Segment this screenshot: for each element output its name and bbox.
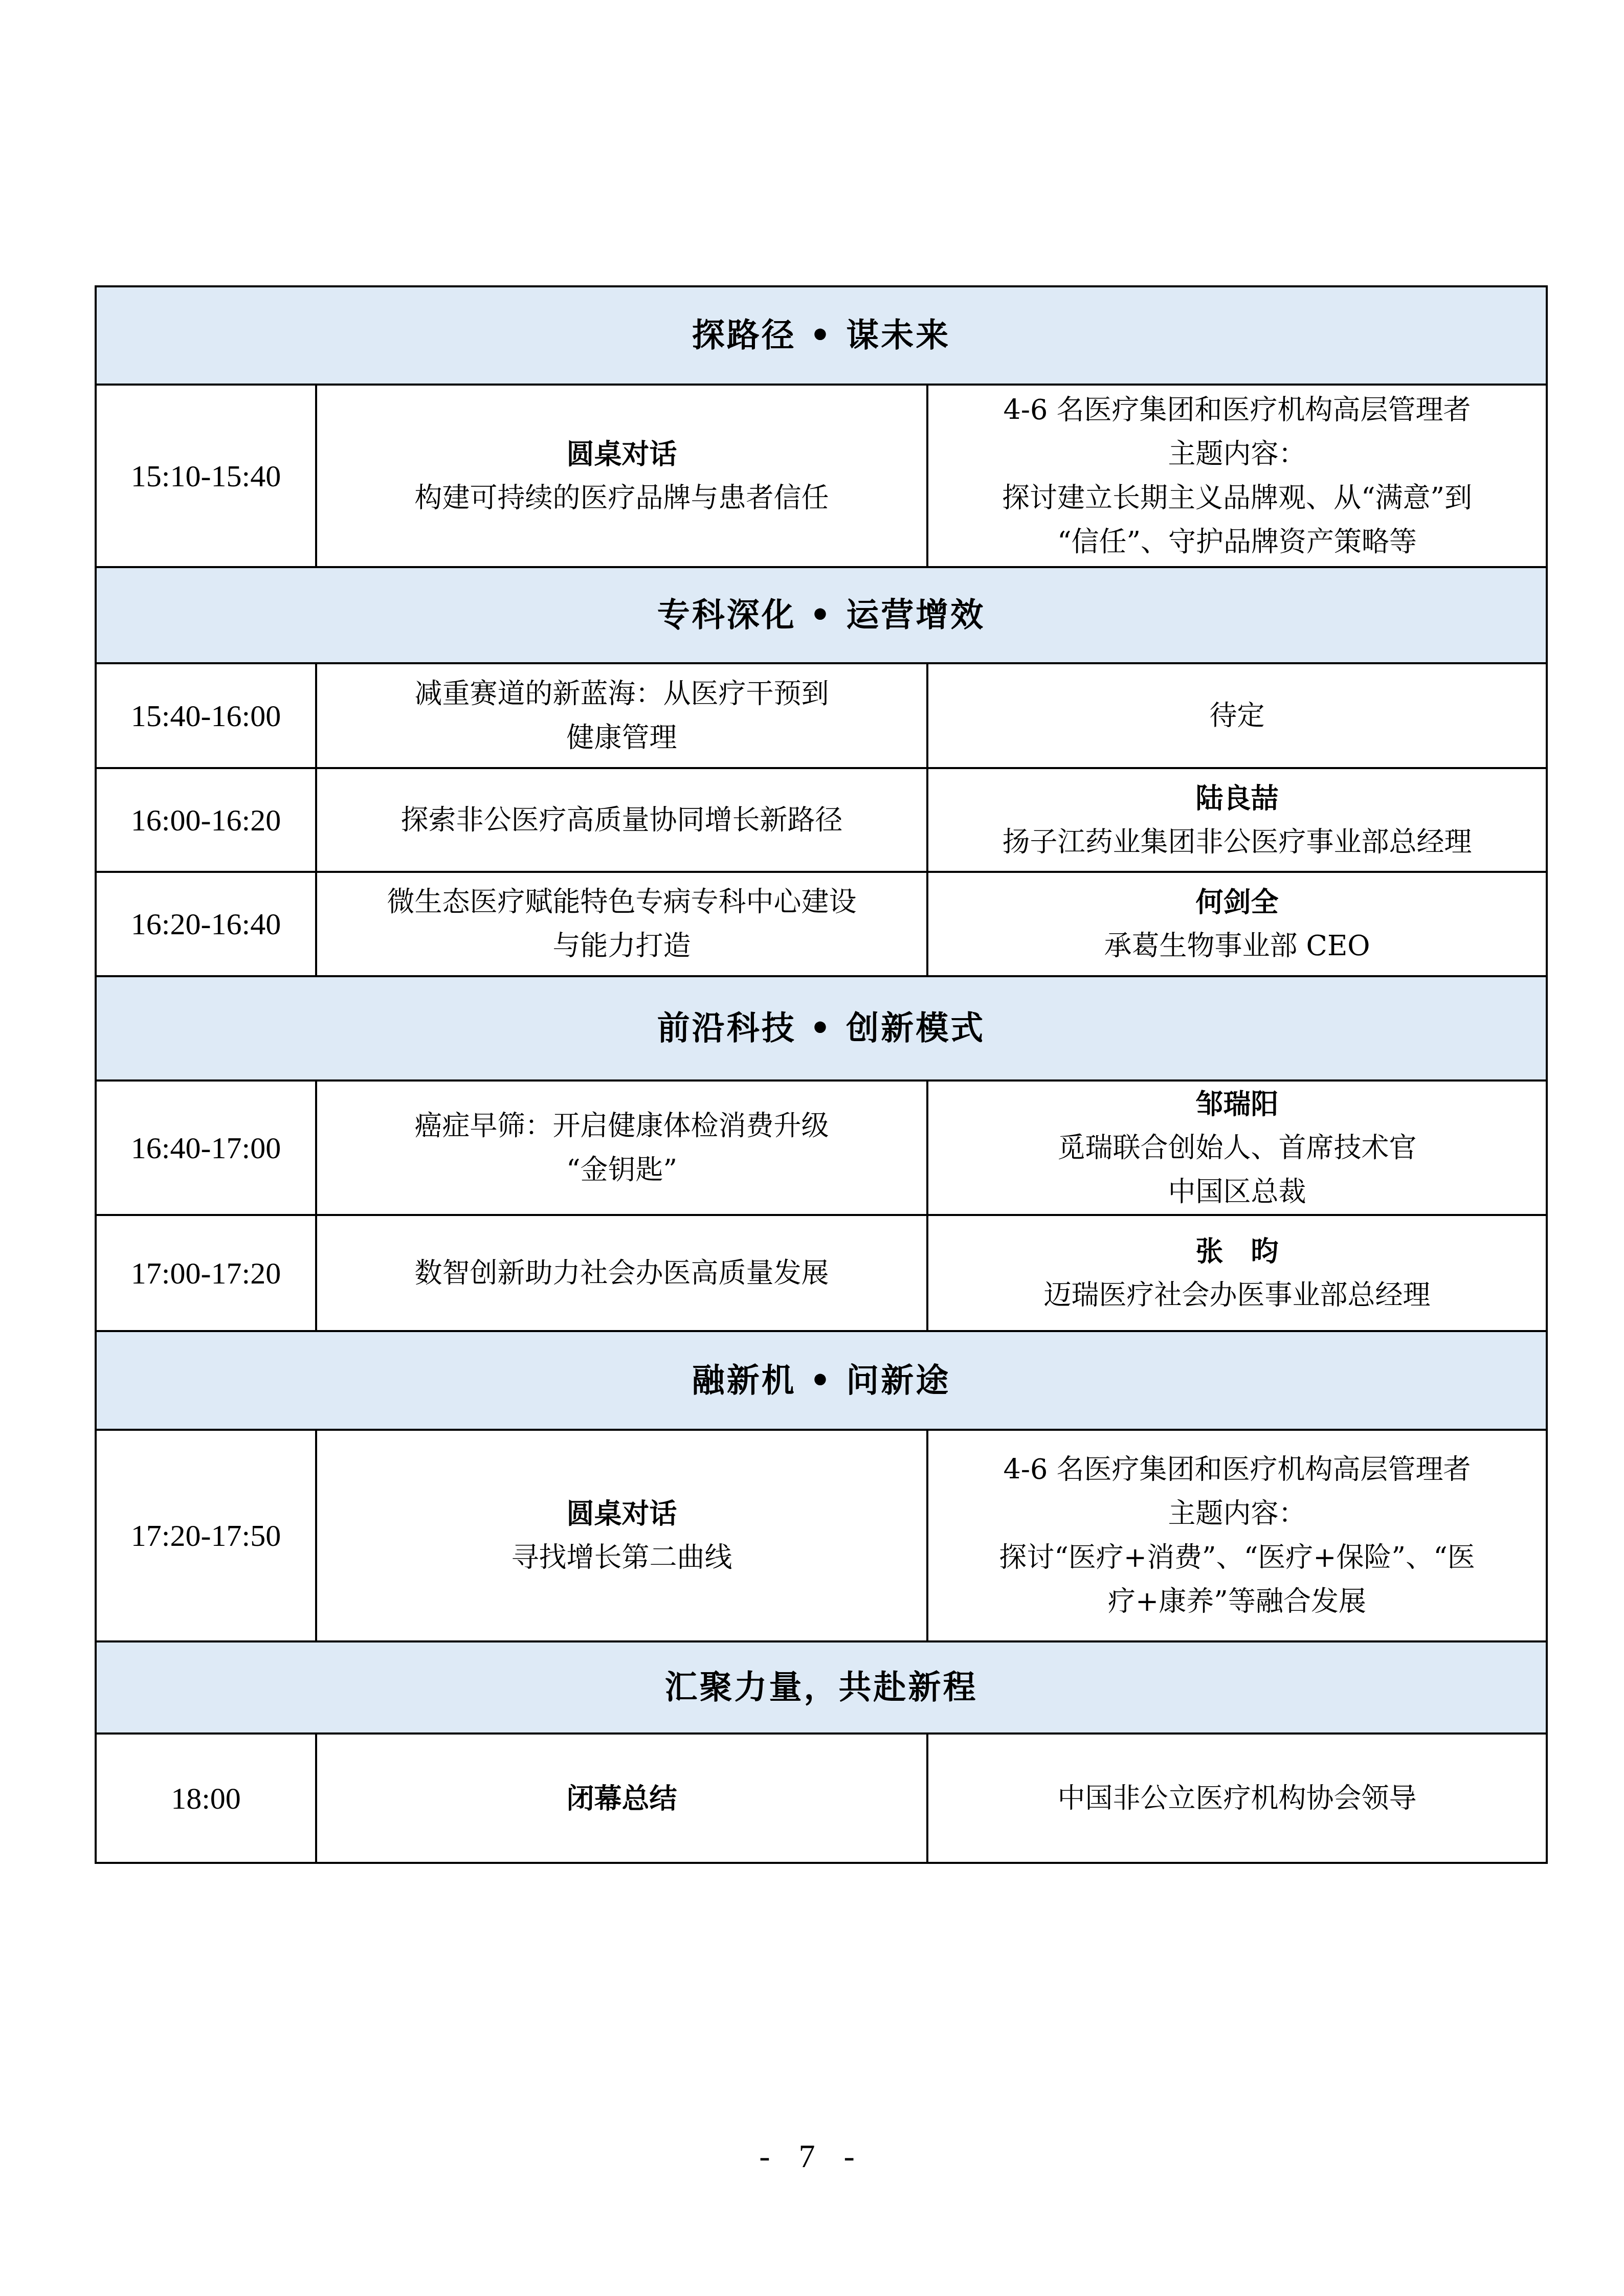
- topic-cell: 数智创新助力社会办医高质量发展: [316, 1215, 927, 1331]
- speaker-name: 张 昀: [937, 1229, 1538, 1273]
- topic-line: 构建可持续的医疗品牌与患者信任: [325, 476, 918, 520]
- speaker-name: 邹瑞阳: [937, 1082, 1538, 1126]
- speaker-line: 中国区总裁: [937, 1170, 1538, 1214]
- table-row: 15:40-16:00 减重赛道的新蓝海：从医疗干预到 健康管理 待定: [96, 663, 1547, 768]
- time-cell: 15:40-16:00: [96, 663, 316, 768]
- table-row: 16:20-16:40 微生态医疗赋能特色专病专科中心建设 与能力打造 何剑全 …: [96, 872, 1547, 976]
- topic-line: 减重赛道的新蓝海：从医疗干预到: [325, 672, 918, 716]
- speaker-cell: 4-6 名医疗集团和医疗机构高层管理者 主题内容： 探讨“医疗+消费”、“医疗+…: [927, 1430, 1547, 1641]
- time-cell: 16:40-17:00: [96, 1081, 316, 1215]
- document-page: 探路径 • 谋未来 15:10-15:40 圆桌对话 构建可持续的医疗品牌与患者…: [0, 0, 1624, 2296]
- topic-line: 健康管理: [325, 716, 918, 760]
- time-cell: 15:10-15:40: [96, 385, 316, 567]
- speaker-cell: 张 昀 迈瑞医疗社会办医事业部总经理: [927, 1215, 1547, 1331]
- topic-bold: 闭幕总结: [325, 1776, 918, 1820]
- topic-line: 微生态医疗赋能特色专病专科中心建设: [325, 880, 918, 924]
- speaker-line: 主题内容：: [937, 432, 1538, 476]
- speaker-cell: 待定: [927, 663, 1547, 768]
- table-row: 17:20-17:50 圆桌对话 寻找增长第二曲线 4-6 名医疗集团和医疗机构…: [96, 1430, 1547, 1641]
- topic-line: 数智创新助力社会办医高质量发展: [325, 1251, 918, 1295]
- speaker-line: 待定: [937, 694, 1538, 738]
- topic-cell: 减重赛道的新蓝海：从医疗干预到 健康管理: [316, 663, 927, 768]
- speaker-line: 迈瑞医疗社会办医事业部总经理: [937, 1273, 1538, 1317]
- section-header-row: 融新机 • 问新途: [96, 1331, 1547, 1430]
- table-row: 16:00-16:20 探索非公医疗高质量协同增长新路径 陆良喆 扬子江药业集团…: [96, 768, 1547, 872]
- speaker-name: 何剑全: [937, 880, 1538, 924]
- topic-cell: 癌症早筛：开启健康体检消费升级 “金钥匙”: [316, 1081, 927, 1215]
- speaker-cell: 陆良喆 扬子江药业集团非公医疗事业部总经理: [927, 768, 1547, 872]
- topic-cell: 探索非公医疗高质量协同增长新路径: [316, 768, 927, 872]
- section-title: 融新机 • 问新途: [96, 1331, 1547, 1430]
- time-cell: 16:00-16:20: [96, 768, 316, 872]
- section-title: 汇聚力量，共赴新程: [96, 1641, 1547, 1734]
- speaker-cell: 邹瑞阳 觅瑞联合创始人、首席技术官 中国区总裁: [927, 1081, 1547, 1215]
- table-row: 15:10-15:40 圆桌对话 构建可持续的医疗品牌与患者信任 4-6 名医疗…: [96, 385, 1547, 567]
- speaker-line: 觅瑞联合创始人、首席技术官: [937, 1126, 1538, 1170]
- section-title: 专科深化 • 运营增效: [96, 567, 1547, 663]
- speaker-line: 主题内容：: [937, 1492, 1538, 1536]
- table-row: 18:00 闭幕总结 中国非公立医疗机构协会领导: [96, 1734, 1547, 1863]
- speaker-cell: 何剑全 承葛生物事业部 CEO: [927, 872, 1547, 976]
- section-header-row: 前沿科技 • 创新模式: [96, 976, 1547, 1081]
- topic-cell: 圆桌对话 寻找增长第二曲线: [316, 1430, 927, 1641]
- speaker-line: 扬子江药业集团非公医疗事业部总经理: [937, 820, 1538, 864]
- speaker-line: 疗+康养”等融合发展: [937, 1580, 1538, 1624]
- topic-line: 探索非公医疗高质量协同增长新路径: [325, 798, 918, 842]
- page-number: - 7 -: [0, 2137, 1624, 2175]
- topic-line: “金钥匙”: [325, 1148, 918, 1192]
- speaker-line: 探讨建立长期主义品牌观、从“满意”到: [937, 476, 1538, 520]
- speaker-line: 探讨“医疗+消费”、“医疗+保险”、“医: [937, 1536, 1538, 1580]
- topic-cell: 圆桌对话 构建可持续的医疗品牌与患者信任: [316, 385, 927, 567]
- topic-line: 寻找增长第二曲线: [325, 1536, 918, 1580]
- time-cell: 16:20-16:40: [96, 872, 316, 976]
- topic-bold: 圆桌对话: [325, 432, 918, 476]
- topic-cell: 微生态医疗赋能特色专病专科中心建设 与能力打造: [316, 872, 927, 976]
- speaker-line: 承葛生物事业部 CEO: [937, 924, 1538, 968]
- speaker-cell: 中国非公立医疗机构协会领导: [927, 1734, 1547, 1863]
- time-cell: 18:00: [96, 1734, 316, 1863]
- table-row: 16:40-17:00 癌症早筛：开启健康体检消费升级 “金钥匙” 邹瑞阳 觅瑞…: [96, 1081, 1547, 1215]
- section-title: 探路径 • 谋未来: [96, 286, 1547, 385]
- topic-bold: 圆桌对话: [325, 1492, 918, 1536]
- topic-cell: 闭幕总结: [316, 1734, 927, 1863]
- section-title: 前沿科技 • 创新模式: [96, 976, 1547, 1081]
- section-header-row: 专科深化 • 运营增效: [96, 567, 1547, 663]
- agenda-table: 探路径 • 谋未来 15:10-15:40 圆桌对话 构建可持续的医疗品牌与患者…: [95, 285, 1548, 1864]
- speaker-line: 4-6 名医疗集团和医疗机构高层管理者: [937, 1448, 1538, 1492]
- speaker-cell: 4-6 名医疗集团和医疗机构高层管理者 主题内容： 探讨建立长期主义品牌观、从“…: [927, 385, 1547, 567]
- speaker-name: 陆良喆: [937, 776, 1538, 820]
- time-cell: 17:00-17:20: [96, 1215, 316, 1331]
- speaker-line: 4-6 名医疗集团和医疗机构高层管理者: [937, 388, 1538, 432]
- speaker-line: 中国非公立医疗机构协会领导: [937, 1776, 1538, 1820]
- speaker-line: “信任”、守护品牌资产策略等: [937, 520, 1538, 564]
- time-cell: 17:20-17:50: [96, 1430, 316, 1641]
- topic-line: 与能力打造: [325, 924, 918, 968]
- topic-line: 癌症早筛：开启健康体检消费升级: [325, 1104, 918, 1148]
- table-row: 17:00-17:20 数智创新助力社会办医高质量发展 张 昀 迈瑞医疗社会办医…: [96, 1215, 1547, 1331]
- section-header-row: 探路径 • 谋未来: [96, 286, 1547, 385]
- section-header-row: 汇聚力量，共赴新程: [96, 1641, 1547, 1734]
